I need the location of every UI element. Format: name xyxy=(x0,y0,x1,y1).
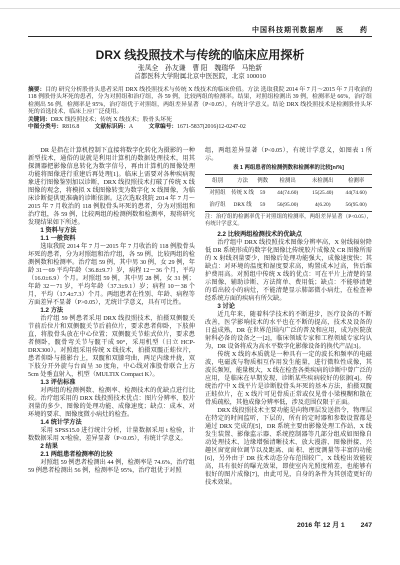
table-1-caption: 表 1 两组患者的检测例数和检测率的比较[n/%] xyxy=(205,165,372,172)
cell-method: 传统 X 线 xyxy=(230,187,255,199)
col-header-method: 方法 xyxy=(230,175,255,188)
classification-line: 中图分类号：R816.8 文献标识码：A 文章编号：1671-5837(2016… xyxy=(28,124,372,131)
abstract-text: 目的 研究分析股骨头患者采用 DRX 线投照技术与传统 X 线技术的临床价值。方… xyxy=(28,87,372,115)
page-header: 中国科技期刊数据库医 药 xyxy=(28,25,372,35)
scan-edge-line xyxy=(0,8,400,9)
discussion-paragraph-3: DRX 线投照技术主要功能是向物理层发送指令，物理层在特定的时间监听，下层的，所… xyxy=(205,407,372,487)
table-row-treatment: 治疗组 DRX 线 59 56(95.00) 4(6.20) 56(95.00) xyxy=(205,199,372,211)
cell-detected: 44(74.60) xyxy=(270,187,305,199)
table-1: 组别 方法 例数 检测出 未检测出 检测率 对照组 传统 X 线 59 xyxy=(205,174,372,212)
section-2-1-heading: 2.1 两组患者检测率的比较 xyxy=(28,451,195,459)
front-matter: 摘要：目的 研究分析股骨头患者采用 DRX 线投照技术与传统 X 线技术的临床价… xyxy=(28,87,372,131)
section-2-2-paragraph: 治疗组中 DRX 线投照技术图像分辨率高，X 射线辐射降低 DR 系统形成的数字… xyxy=(205,239,372,303)
cell-method: DRX 线 xyxy=(230,199,255,211)
col-header-undetected: 未检测出 xyxy=(305,175,340,188)
cell-rate: 44(74.60) xyxy=(340,187,372,199)
article-affiliation: 首都医科大学附属北京中医医院，北京 100010 xyxy=(0,71,400,80)
doc-code-group: 文献标识码：A xyxy=(95,124,133,130)
journal-category-label: 医 药 xyxy=(336,27,372,34)
section-2-1-paragraph: 对照组 59 例患者检测出 44 例，检测率是 74.6%，治疗组 59 例患者… xyxy=(28,459,195,475)
journal-database-label: 中国科技期刊数据库 xyxy=(252,27,324,34)
article-no-value: 1671-5837(2016)12-0247-02 xyxy=(177,124,246,130)
cell-n: 59 xyxy=(255,199,270,211)
section-1-4-paragraph: 采用 SPSS15.0 进行统计分析，计量数据采用 t 检验，计数数据采用 X²… xyxy=(28,427,195,443)
keywords-label: 关键词： xyxy=(28,117,51,123)
clc-label: 中图分类号： xyxy=(28,124,62,130)
abstract-line: 摘要：目的 研究分析股骨头患者采用 DRX 线投照技术与传统 X 线技术的临床价… xyxy=(28,87,372,117)
page-footer: 2016 年 12 月 1247 xyxy=(297,519,372,529)
keywords-text: DRX 线投照技术；传统 X 线技术；股骨头坏死 xyxy=(51,117,172,123)
section-1-3-paragraph: 对两组的检测例数、检测率、检测技术的优缺点进行比较。治疗组采用的 DRX 线投照… xyxy=(28,387,195,419)
right-column: 组，两组差异显著（P<0.05），有统计学意义，如图表 1 所示。 表 1 两组… xyxy=(205,147,372,487)
discussion-paragraph-1: 近几年来，随着科学技术的不断进步，医疗设备的不断改善，医学影响技术的水平也在不断… xyxy=(205,311,372,351)
clc-group: 中图分类号：R816.8 xyxy=(28,124,79,130)
journal-page: 中国科技期刊数据库医 药 DRX 线投照技术与传统的临床应用探析 张凤全 孙友谦… xyxy=(0,0,400,565)
section-1-heading: 1 资料与方法 xyxy=(28,227,195,235)
cell-detected: 56(95.00) xyxy=(270,199,305,211)
abstract-label: 摘要： xyxy=(28,87,45,93)
cell-undetected: 4(6.20) xyxy=(305,199,340,211)
discussion-paragraph-2: 传统 X 线的本质就是一种具有一定的波长和频率的电磁波，电磁波与物质相互作用发生… xyxy=(205,351,372,407)
section-2-2-heading: 2.2 比较两组检测技术的优缺点 xyxy=(205,231,372,239)
article-no-label: 文章编号： xyxy=(149,124,177,130)
left-column: DR 是指在计算机控制下直接将数字化转化为摄影的一种新型技术，通俗的说就是利用计… xyxy=(28,147,195,487)
section-1-1-paragraph: 选取我院 2014 年 7 月～2015 年 7 月收治的 118 例股骨头坏死… xyxy=(28,243,195,307)
continuation-paragraph: 组，两组差异显著（P<0.05），有统计学意义，如图表 1 所示。 xyxy=(205,147,372,163)
footer-issue-date: 2016 年 12 月 1 xyxy=(297,522,345,529)
col-header-n: 例数 xyxy=(255,175,270,188)
table-1-block: 表 1 两组患者的检测例数和检测率的比较[n/%] 组别 方法 例数 检测出 未… xyxy=(205,165,372,228)
table-header-row: 组别 方法 例数 检测出 未检测出 检测率 xyxy=(205,175,372,188)
clc-value: R816.8 xyxy=(62,124,79,130)
section-2-heading: 2 结果 xyxy=(28,443,195,451)
cell-undetected: 15(25.40) xyxy=(305,187,340,199)
col-header-rate: 检测率 xyxy=(340,175,372,188)
footer-page-number: 247 xyxy=(361,522,372,529)
intro-paragraph: DR 是指在计算机控制下直接将数字化转化为摄影的一种新型技术，通俗的说就是利用计… xyxy=(28,147,195,227)
keywords-line: 关键词：DRX 线投照技术；传统 X 线技术；股骨头坏死 xyxy=(28,117,372,124)
section-1-1-heading: 1.1 一般资料 xyxy=(28,235,195,243)
cell-group: 对照组 xyxy=(205,187,230,199)
header-rule xyxy=(28,36,372,37)
section-1-4-heading: 1.4 统计学方法 xyxy=(28,419,195,427)
cell-rate: 56(95.00) xyxy=(340,199,372,211)
table-1-note: 注：治疗组的检测率优于对照组的检测率，两组差异显著（P<0.05），有统计学意义… xyxy=(205,214,372,228)
section-3-heading: 3 讨论 xyxy=(205,303,372,311)
table-row-control: 对照组 传统 X 线 59 44(74.60) 15(25.40) 44(74.… xyxy=(205,187,372,199)
article-title: DRX 线投照技术与传统的临床应用探析 xyxy=(0,46,400,63)
doc-code-label: 文献标识码： xyxy=(95,124,129,130)
cell-n: 59 xyxy=(255,187,270,199)
body-columns: DR 是指在计算机控制下直接将数字化转化为摄影的一种新型技术，通俗的说就是利用计… xyxy=(28,147,372,487)
article-no-group: 文章编号：1671-5837(2016)12-0247-02 xyxy=(149,124,246,130)
section-1-2-heading: 1.2 方法 xyxy=(28,307,195,315)
cell-group: 治疗组 xyxy=(205,199,230,211)
section-1-3-heading: 1.3 评估标准 xyxy=(28,379,195,387)
col-header-detected: 检测出 xyxy=(270,175,305,188)
col-header-group: 组别 xyxy=(205,175,230,188)
doc-code-value: A xyxy=(129,124,133,130)
section-1-2-paragraph: 治疗组 59 例患者采用 DRX 线投照技术，拍摄双侧髋关节前后位片和双侧髋关节… xyxy=(28,315,195,379)
